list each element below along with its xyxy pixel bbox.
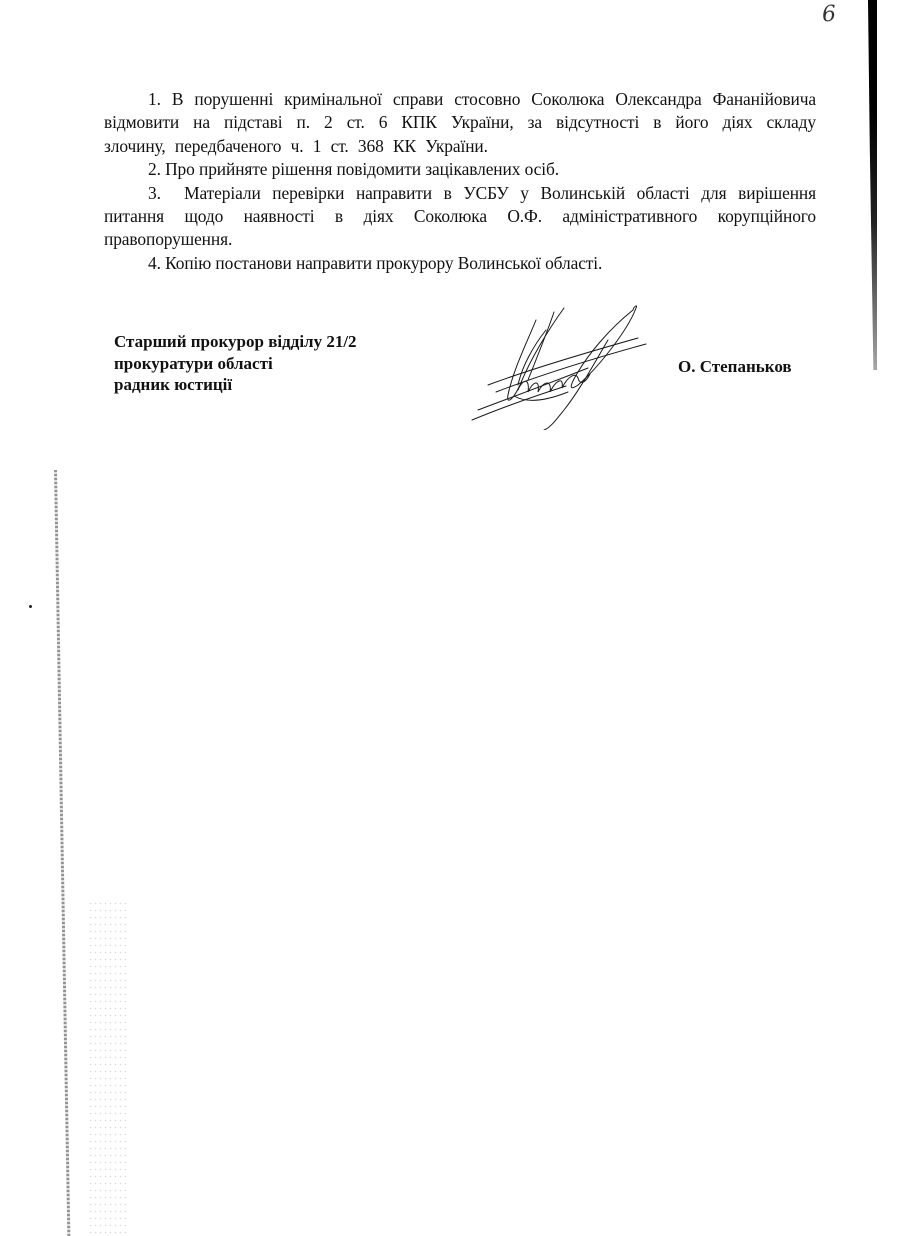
signatory-position: Старший прокурор відділу 21/2 прокуратур…: [114, 331, 357, 396]
resolution-item-3: 3. Матеріали перевірки направити в УСБУ …: [104, 182, 816, 252]
document-page: 6 1. В порушенні кримінальної справи сто…: [0, 0, 900, 1236]
item-text: В порушенні кримінальної справи стосовно…: [104, 89, 816, 156]
item-number: 2.: [148, 159, 161, 179]
item-text: Про прийняте рішення повідомити зацікавл…: [165, 159, 559, 179]
resolution-item-2: 2. Про прийняте рішення повідомити зацік…: [104, 158, 816, 181]
handwritten-page-number: 6: [821, 2, 837, 28]
scan-noise-artifact: [88, 900, 128, 1236]
item-number: 3.: [148, 183, 161, 203]
scan-dot-artifact: [29, 605, 32, 608]
item-number: 4.: [148, 253, 161, 273]
item-text: Копію постанови направити прокурору Воли…: [165, 253, 602, 273]
position-office: прокуратури області: [114, 353, 357, 375]
item-number: 1.: [148, 89, 161, 109]
handwritten-signature-icon: [468, 300, 648, 430]
resolution-item-1: 1. В порушенні кримінальної справи стосо…: [104, 88, 816, 158]
scan-edge-artifact-left: [54, 470, 70, 1236]
resolution-item-4: 4. Копію постанови направити прокурору В…: [104, 252, 816, 275]
resolution-body: 1. В порушенні кримінальної справи стосо…: [104, 88, 816, 275]
scan-edge-artifact-right: [868, 0, 877, 370]
position-title: Старший прокурор відділу 21/2: [114, 331, 357, 353]
item-text: Матеріали перевірки направити в УСБУ у В…: [104, 183, 816, 250]
signer-name: О. Степаньков: [678, 357, 792, 377]
position-rank: радник юстиції: [114, 374, 357, 396]
